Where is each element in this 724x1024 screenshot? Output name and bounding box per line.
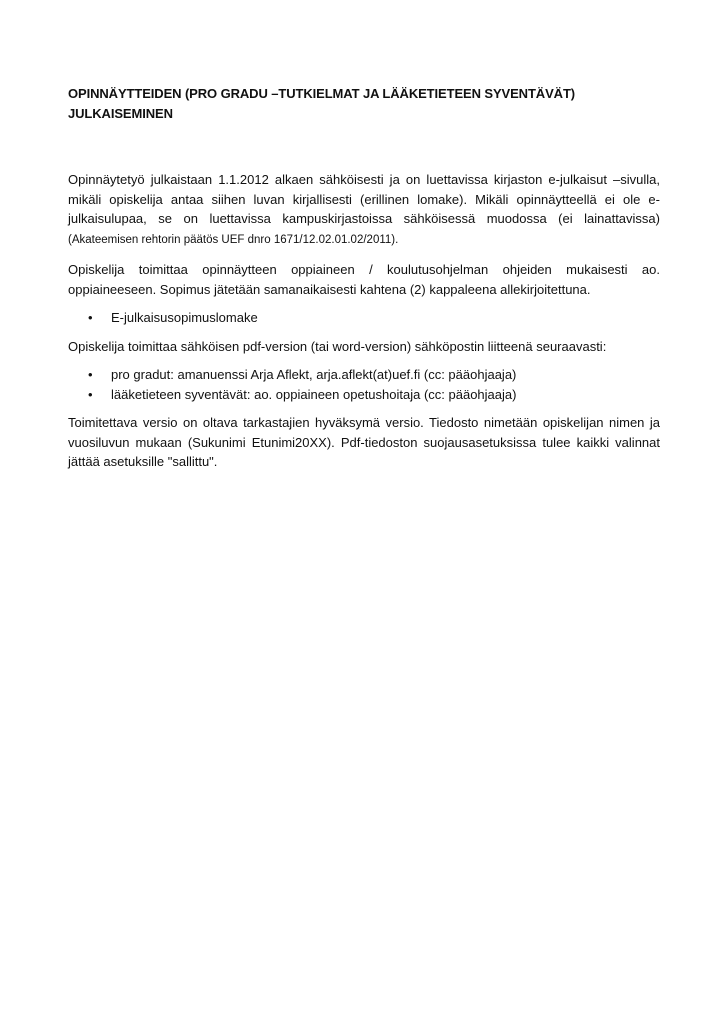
e-publication-form-link[interactable]: E-julkaisusopimuslomake [111, 310, 258, 325]
paragraph-email-instructions: Opiskelija toimittaa sähköisen pdf-versi… [68, 337, 660, 357]
title-line-1: OPINNÄYTTEIDEN (PRO GRADU –TUTKIELMAT JA… [68, 86, 575, 101]
paragraph-submission: Opiskelija toimittaa opinnäytteen oppiai… [68, 260, 660, 299]
recipient-medicine: lääketieteen syventävät: ao. oppiaineen … [111, 387, 516, 402]
list-item[interactable]: • E-julkaisusopimuslomake [68, 308, 660, 328]
bullet-icon: • [88, 365, 93, 385]
recipient-pro-gradu: pro gradut: amanuenssi Arja Aflekt, arja… [111, 367, 516, 382]
paragraph-publication-main: Opinnäytetyö julkaistaan 1.1.2012 alkaen… [68, 172, 660, 226]
title-line-2: JULKAISEMINEN [68, 106, 173, 121]
document-title: OPINNÄYTTEIDEN (PRO GRADU –TUTKIELMAT JA… [68, 84, 660, 124]
list-item: • pro gradut: amanuenssi Arja Aflekt, ar… [68, 365, 660, 385]
bullet-icon: • [88, 308, 93, 328]
list-item: • lääketieteen syventävät: ao. oppiainee… [68, 385, 660, 405]
paragraph-file-naming: Toimitettava versio on oltava tarkastaji… [68, 413, 660, 472]
decision-reference: (Akateemisen rehtorin päätös UEF dnro 16… [68, 234, 398, 246]
form-list: • E-julkaisusopimuslomake [68, 308, 660, 328]
document-page: OPINNÄYTTEIDEN (PRO GRADU –TUTKIELMAT JA… [68, 84, 660, 472]
bullet-icon: • [88, 385, 93, 405]
recipient-list: • pro gradut: amanuenssi Arja Aflekt, ar… [68, 365, 660, 404]
paragraph-publication-info: Opinnäytetyö julkaistaan 1.1.2012 alkaen… [68, 170, 660, 250]
